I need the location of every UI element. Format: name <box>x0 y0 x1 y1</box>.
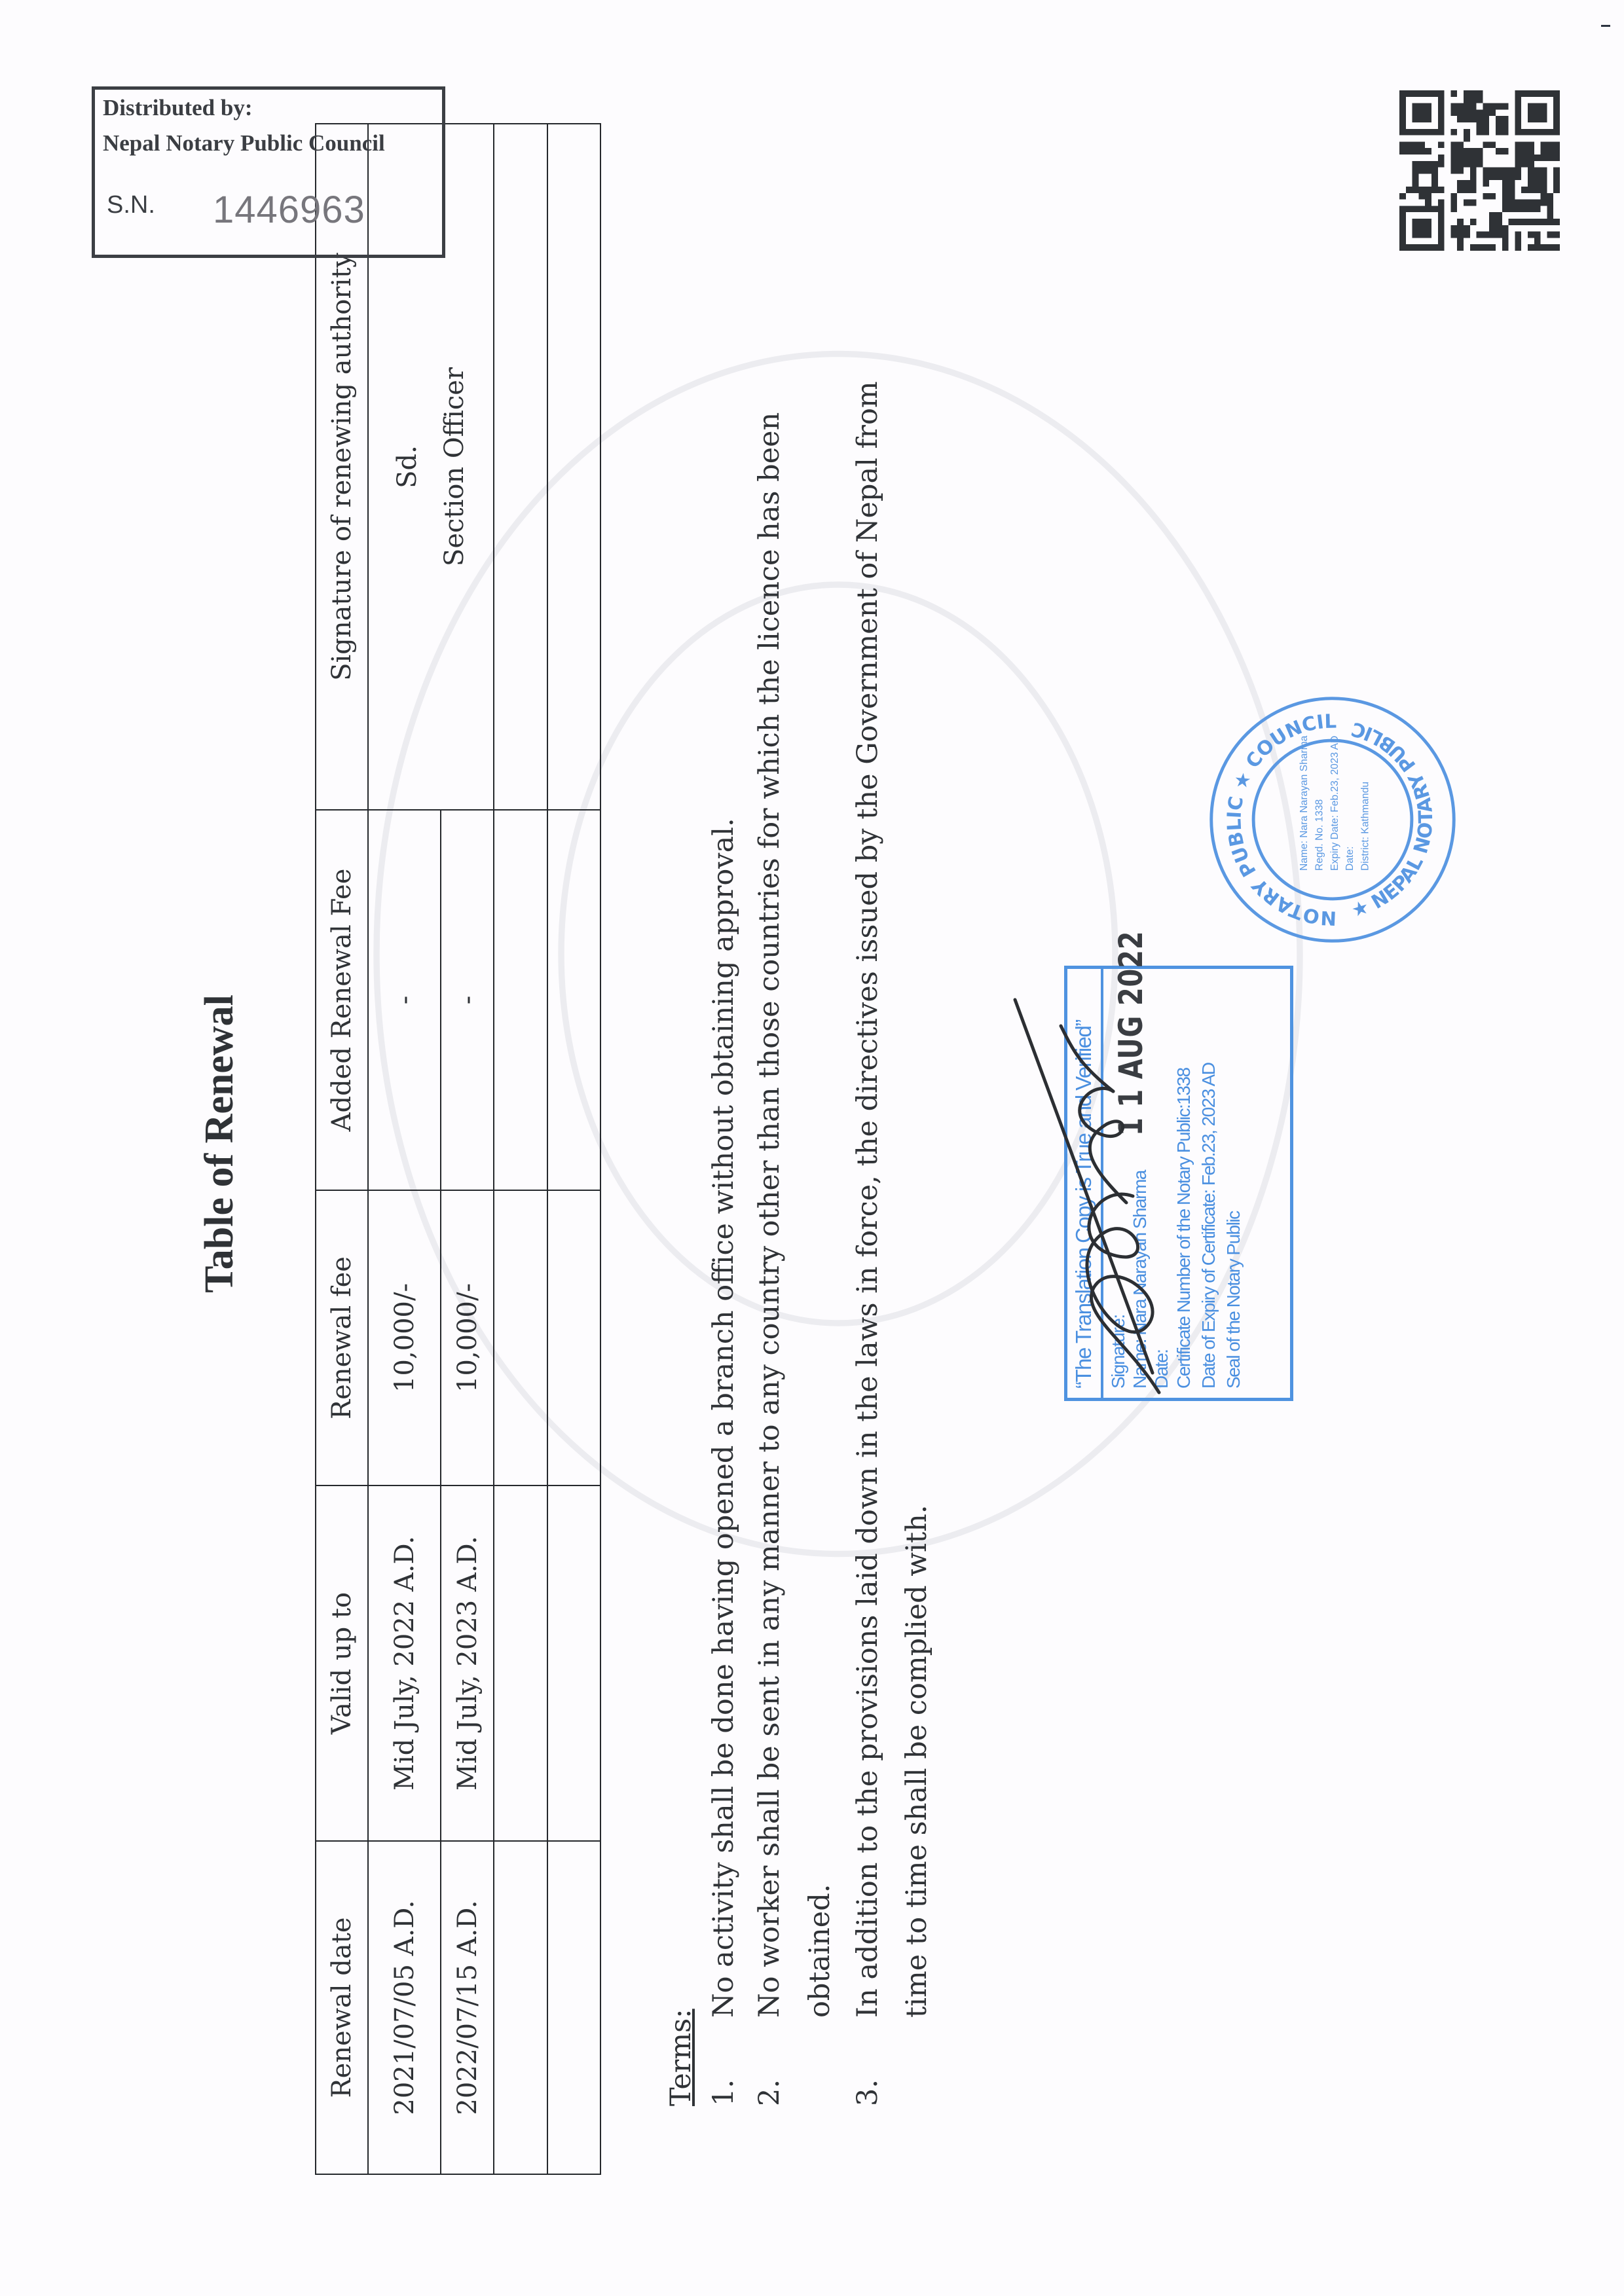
cell-valid-up-to: Mid July, 2022 A.D. <box>368 1485 441 1841</box>
table-header-row: Renewal date Valid up to Renewal fee Add… <box>316 124 368 2174</box>
cell-added-renewal-fee: - <box>368 810 441 1190</box>
svg-text:Name: Nara Narayan Sharma: Name: Nara Narayan Sharma <box>1299 735 1310 871</box>
header-renewal-fee: Renewal fee <box>316 1190 368 1485</box>
term-text: No worker shall be sent in any manner to… <box>753 412 786 2018</box>
stamp-expiry-date: Date of Expiry of Certificate: Feb.23, 2… <box>1198 1063 1219 1389</box>
distributor-name: Nepal Notary Public Council <box>103 130 385 156</box>
table-row <box>494 124 547 2174</box>
rotated-page-content: Table of Renewal Renewal date Valid up t… <box>0 0 1624 2296</box>
cell-valid-up-to <box>547 1485 600 1841</box>
table-row: 2021/07/05 A.D. Mid July, 2022 A.D. 10,0… <box>368 124 441 2174</box>
distributor-box: Distributed by: Nepal Notary Public Coun… <box>92 86 445 258</box>
page-title: Table of Renewal <box>196 954 243 1334</box>
cell-renewal-fee <box>547 1190 600 1485</box>
cell-added-renewal-fee <box>547 810 600 1190</box>
cell-valid-up-to <box>494 1485 547 1841</box>
term-text: In addition to the provisions laid down … <box>851 381 884 2018</box>
cell-signature <box>494 124 547 810</box>
serial-number: 1446963 <box>213 188 365 232</box>
svg-text:Regd. No. 1338: Regd. No. 1338 <box>1314 799 1325 871</box>
cell-renewal-fee: 10,000/- <box>368 1190 441 1485</box>
cell-renewal-date: 2021/07/05 A.D. <box>368 1841 441 2174</box>
terms-heading: Terms: <box>665 2009 697 2106</box>
qr-code-icon <box>1399 90 1560 251</box>
cell-renewal-fee: 10,000/- <box>441 1190 494 1485</box>
cell-added-renewal-fee: - <box>441 810 494 1190</box>
cell-added-renewal-fee <box>494 810 547 1190</box>
term-number: 3. <box>851 2079 884 2106</box>
stamp-seal-label: Seal of the Notary Public <box>1223 1211 1244 1389</box>
term-number: 1. <box>707 2079 740 2106</box>
table-row <box>547 124 600 2174</box>
handwritten-signature-icon <box>995 974 1192 1419</box>
header-valid-up-to: Valid up to <box>316 1485 368 1841</box>
renewal-table: Renewal date Valid up to Renewal fee Add… <box>315 123 601 2175</box>
svg-text:District: Kathmandu: District: Kathmandu <box>1360 782 1371 871</box>
cell-renewal-fee <box>494 1190 547 1485</box>
cell-valid-up-to: Mid July, 2023 A.D. <box>441 1485 494 1841</box>
term-text: time to time shall be complied with. <box>900 1504 933 2018</box>
term-text: No activity shall be done having opened … <box>707 818 740 2018</box>
cell-renewal-date <box>494 1841 547 2174</box>
round-notary-seal-icon: NOTARY PUBLIC ★ COUNCIL ★ NEPAL NOTARY P… <box>1205 692 1460 947</box>
term-number: 2. <box>753 2079 786 2106</box>
cell-signature <box>547 124 600 810</box>
header-added-renewal-fee: Added Renewal Fee <box>316 810 368 1190</box>
cell-renewal-date: 2022/07/15 A.D. <box>441 1841 494 2174</box>
header-renewal-date: Renewal date <box>316 1841 368 2174</box>
serial-number-label: S.N. <box>107 191 155 219</box>
distributor-label: Distributed by: <box>103 95 253 121</box>
svg-text:Expiry Date: Feb.23, 2023 AD: Expiry Date: Feb.23, 2023 AD <box>1329 736 1340 871</box>
term-text: obtained. <box>803 1884 836 2018</box>
svg-text:Date:: Date: <box>1344 847 1356 871</box>
cell-renewal-date <box>547 1841 600 2174</box>
